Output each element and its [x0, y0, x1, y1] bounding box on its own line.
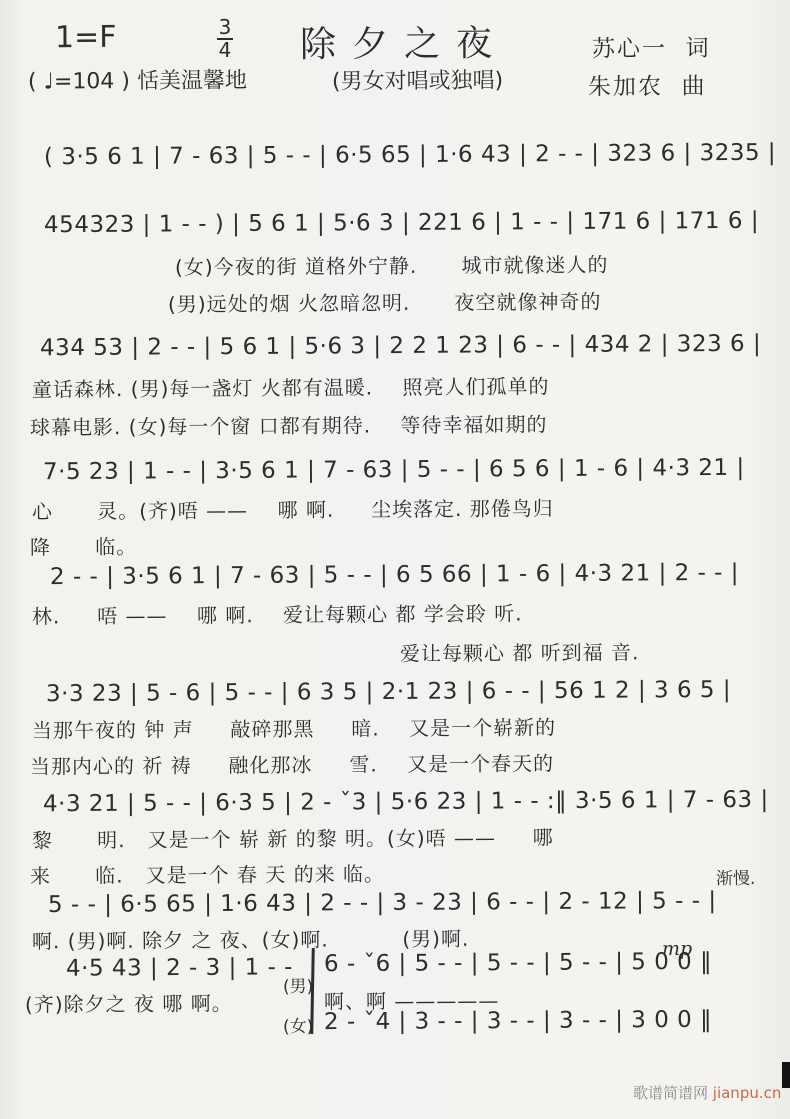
male-voice-music: 6 - ˇ6 | 5 - - | 5 - - | 5 - - | 5 0 0 ‖ — [324, 949, 712, 977]
score-line-6-music: 3·3 23 | 5 - 6 | 5 - - | 6 3 5 | 2·1 23 … — [46, 677, 731, 707]
watermark-site-name: 歌谱简谱网 — [633, 1084, 713, 1102]
female-voice-label: (女) — [283, 1012, 313, 1037]
score-line-4-lyric-2: 降 临。 — [30, 531, 137, 561]
score-line-8-music: 5 - - | 6·5 65 | 1·6 43 | 2 - - | 3 - 23… — [48, 888, 717, 918]
score-line-2-music: 454323 | 1 - - ) | 5 6 1 | 5·6 3 | 221 6… — [44, 208, 759, 238]
score-line-8-lyric-1: 啊. (男)啊. 除夕 之 夜、(女)啊. (男)啊. — [32, 923, 469, 955]
score-line-5-lyric-2: 爱让每颗心 都 听到福 音. — [400, 636, 640, 666]
score-line-7-lyric-2: 来 临. 又是一个 春 天 的来 临。 — [30, 858, 385, 889]
scan-edge-artifact — [782, 1062, 790, 1088]
male-voice-label: (男) — [283, 972, 313, 997]
tempo-marking: ( ♩=104 ) 恬美温馨地 — [28, 63, 247, 95]
time-signature-numerator: 3 — [212, 18, 238, 37]
score-line-2-lyric-1: (女)今夜的街 道格外宁静. 城市就像迷人的 — [175, 249, 609, 281]
score-line-5-lyric-1: 林. 唔 —— 哪 啊. 爱让每颗心 都 学会聆 听. — [32, 598, 523, 630]
composer-credit: 朱加农 曲 — [588, 68, 707, 102]
sheet-music-page: 1=F 3 4 除夕之夜 苏心一 词 朱加农 曲 ( ♩=104 ) 恬美温馨地… — [0, 0, 790, 1119]
time-signature-denominator: 4 — [212, 41, 238, 60]
song-title: 除夕之夜 — [300, 15, 508, 67]
female-voice-music: 2 - ˇ4 | 3 - - | 3 - - | 3 - - | 3 0 0 ‖ — [324, 1007, 712, 1035]
watermark-site-url: jianpu.cn — [713, 1084, 782, 1102]
score-line-7-lyric-1: 黎 明. 又是一个 崭 新 的黎 明。(女)唔 —— 哪 — [32, 821, 554, 853]
score-line-6-lyric-1: 当那午夜的 钟 声 敲碎那黑 暗. 又是一个崭新的 — [32, 711, 556, 743]
lyricist-credit: 苏心一 词 — [592, 30, 711, 64]
score-line-1-music: ( 3·5 6 1 | 7 - 63 | 5 - - | 6·5 65 | 1·… — [44, 140, 776, 170]
key-signature: 1=F — [55, 20, 117, 55]
score-line-5-music: 2 - - | 3·5 6 1 | 7 - 63 | 5 - - | 6 5 6… — [50, 560, 739, 590]
score-line-7-music: 4·3 21 | 5 - - | 6·3 5 | 2 - ˇ3 | 5·6 23… — [43, 787, 769, 817]
score-line-4-lyric-1: 心 灵。(齐)唔 —— 哪 啊. 尘埃落定. 那倦鸟归 — [32, 492, 554, 524]
score-line-2-lyric-2: (男)远处的烟 火忽暗忽明. 夜空就像神奇的 — [168, 286, 602, 318]
time-signature: 3 4 — [212, 18, 238, 60]
ritardando-annotation: 渐慢. — [716, 864, 756, 889]
score-line-3-lyric-2: 球幕电影. (女)每一个窗 口都有期待. 等待幸福如期的 — [30, 408, 548, 440]
ending-left-lyric: (齐)除夕之 夜 哪 啊。 — [25, 987, 233, 1017]
score-line-3-music: 434 53 | 2 - - | 5 6 1 | 5·6 3 | 2 2 1 2… — [40, 331, 761, 361]
watermark: 歌谱简谱网 jianpu.cn — [633, 1082, 781, 1103]
ending-left-music: 4·5 43 | 2 - 3 | 1 - - — [66, 954, 293, 981]
score-line-4-music: 7·5 23 | 1 - - | 3·5 6 1 | 7 - 63 | 5 - … — [43, 455, 745, 485]
score-line-6-lyric-2: 当那内心的 祈 祷 融化那冰 雪. 又是一个春天的 — [30, 747, 554, 779]
performance-note: (男女对唱或独唱) — [332, 63, 503, 95]
score-line-3-lyric-1: 童话森林. (男)每一盏灯 火都有温暖. 照亮人们孤单的 — [32, 370, 550, 402]
